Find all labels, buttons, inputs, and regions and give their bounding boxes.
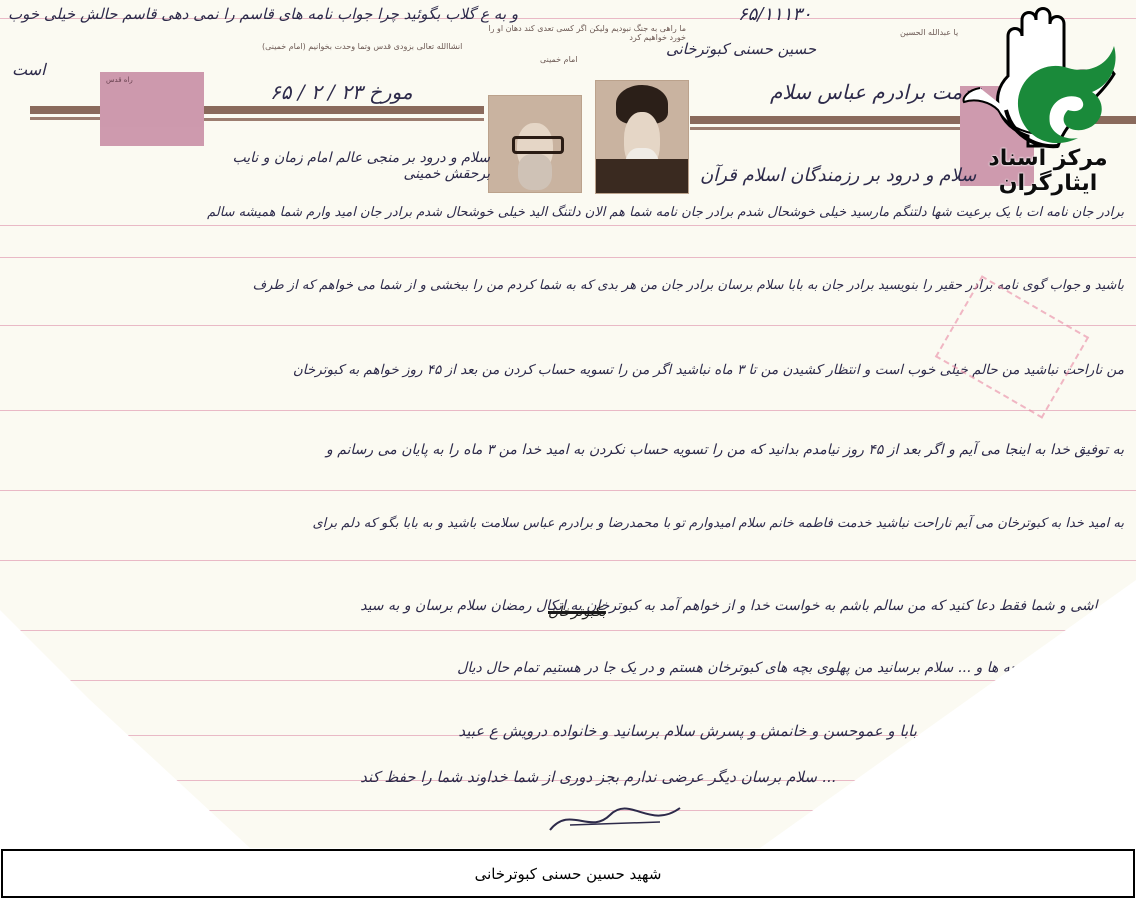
date-value: ۲۳ / ۲ / ۶۵ bbox=[270, 80, 363, 104]
top-note: و به ع گلاب بگوئید چرا جواب نامه های قاس… bbox=[8, 5, 518, 23]
body-line-5: به امید خدا به کبوترخان می آیم ناراحت نب… bbox=[313, 516, 1125, 531]
top-note-line2: است bbox=[12, 60, 46, 79]
greeting-right: سلام و درود بر رزمندگان اسلام قرآن bbox=[700, 165, 976, 186]
header-bar bbox=[690, 116, 960, 124]
body-line-1: برادر جان نامه ات با یک برعیت شها دلتنگم… bbox=[207, 205, 1124, 220]
salutation: خدمت برادرم عباس سلام bbox=[770, 80, 985, 104]
body-line-9: ... سلام برسان دیگر عرضی ندارم بجز دوری … bbox=[360, 768, 836, 786]
photo-portrait-taleghani bbox=[488, 95, 582, 193]
body-line-4: به توفیق خدا به اینجا می آیم و اگر بعد ا… bbox=[326, 442, 1124, 458]
printed-quote-right: یا عبدالله الحسین bbox=[900, 28, 958, 37]
header-bar bbox=[204, 106, 484, 114]
ruled-line bbox=[0, 560, 1136, 561]
struck-out-text: بکبوترخان bbox=[548, 604, 606, 620]
writer-name-note: حسین حسنی کبوترخانی bbox=[666, 40, 816, 58]
printed-quote-middle-sig: امام خمینی bbox=[540, 55, 578, 64]
header-bar bbox=[690, 127, 960, 130]
printed-quote-middle: ما راهی به جنگ نبودیم ولیکن اگر کسی تعدی… bbox=[476, 24, 686, 42]
printed-quote-left: انشاالله تعالی بزودی قدس وتما وحدت بخوان… bbox=[262, 42, 462, 51]
archive-logo-text: مرکز اسناد ایثارگران bbox=[962, 146, 1134, 196]
header-bar bbox=[30, 106, 100, 114]
faded-red-stamp bbox=[935, 275, 1089, 418]
caption-box: شهید حسین حسنی کبوترخانی bbox=[1, 849, 1135, 898]
header-bar bbox=[30, 117, 100, 120]
body-line-6: نباشی و شما فقط دعا کنید که من سالم باشم… bbox=[360, 598, 1106, 614]
body-line-7: غلامرضا و دیگر بچه ها و ... سلام برسانید… bbox=[457, 660, 1116, 676]
portrait-beard bbox=[518, 154, 551, 190]
stamp-caption: راه قدس bbox=[106, 76, 133, 84]
ruled-line bbox=[0, 410, 1136, 411]
letter-scan: راه قدس انشاالله تعالی بزودی قدس وتما وح… bbox=[0, 0, 1136, 848]
header-bar bbox=[204, 118, 484, 121]
ruled-line bbox=[0, 490, 1136, 491]
ruled-line bbox=[0, 225, 1136, 226]
date-label: مورخ bbox=[369, 80, 413, 104]
struck-word: بکبوترخان bbox=[548, 604, 606, 620]
portrait-glasses bbox=[512, 136, 564, 154]
letter-date: مورخ ۲۳ / ۲ / ۶۵ bbox=[270, 80, 413, 104]
ruled-line bbox=[0, 630, 1136, 631]
body-line-8: ... بابا و عموحسن و خانمش و پسرش سلام بر… bbox=[458, 722, 936, 740]
ruled-line bbox=[0, 680, 1136, 681]
ruled-line bbox=[0, 257, 1136, 258]
caption-text: شهید حسین حسنی کبوترخانی bbox=[475, 865, 662, 883]
reference-number: ۶۵/۱۱۱۳۰ bbox=[738, 4, 812, 25]
stamp-quds: راه قدس bbox=[100, 72, 204, 146]
photo-portrait-khomeini bbox=[595, 80, 689, 194]
signature-mark bbox=[540, 800, 690, 840]
portrait-robe bbox=[596, 159, 688, 193]
greeting-left: سلام و درود بر منجی عالم امام زمان و نای… bbox=[200, 150, 490, 182]
